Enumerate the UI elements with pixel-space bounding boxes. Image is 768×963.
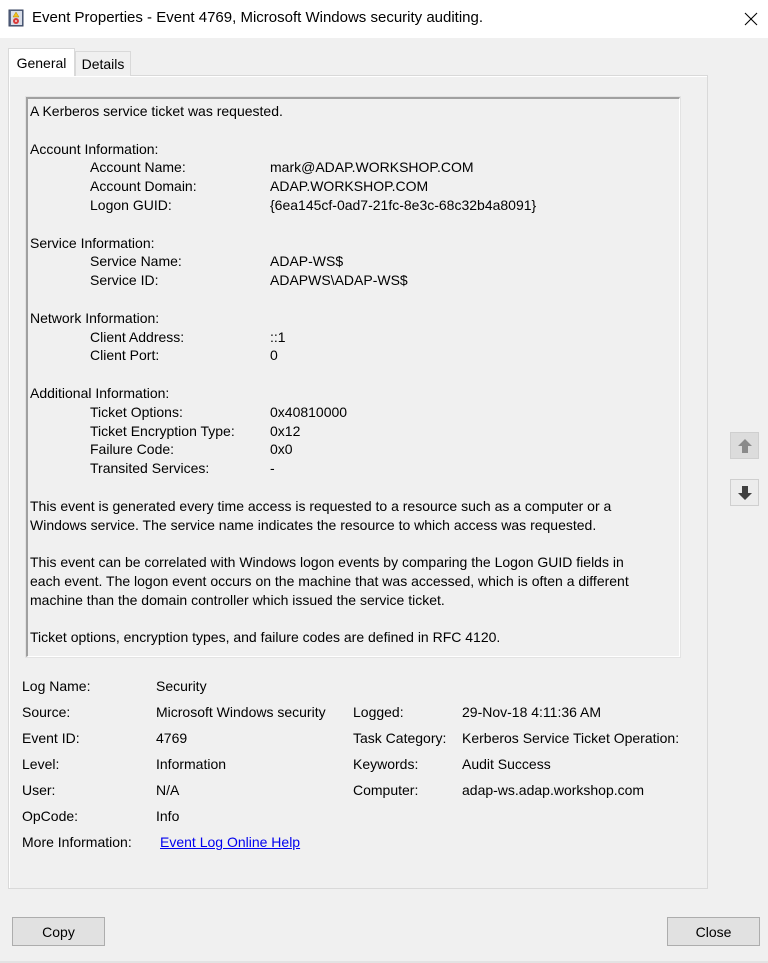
field-row: Logon GUID:{6ea145cf-0ad7-21fc-8e3c-68c3… xyxy=(30,196,677,215)
field-value: ADAPWS\ADAP-WS$ xyxy=(270,271,408,290)
field-key: Client Port: xyxy=(90,346,159,365)
field-row: Account Domain:ADAP.WORKSHOP.COM xyxy=(30,177,677,196)
close-x-icon[interactable] xyxy=(738,6,764,32)
section-heading: Service Information: xyxy=(30,234,677,253)
opcode-label: OpCode: xyxy=(22,807,78,825)
source-label: Source: xyxy=(22,703,70,721)
event-id-value: 4769 xyxy=(156,729,187,747)
field-key: Service ID: xyxy=(90,271,158,290)
tab-general[interactable]: General xyxy=(8,48,75,76)
event-id-label: Event ID: xyxy=(22,729,80,747)
field-row: Client Port:0 xyxy=(30,346,677,365)
field-key: Account Domain: xyxy=(90,177,197,196)
user-label: User: xyxy=(22,781,55,799)
event-description-box[interactable]: A Kerberos service ticket was requested.… xyxy=(26,97,680,657)
field-key: Service Name: xyxy=(90,252,182,271)
paragraph-line: Windows service. The service name indica… xyxy=(30,516,677,535)
level-label: Level: xyxy=(22,755,59,773)
previous-event-button[interactable] xyxy=(730,432,759,459)
paragraph-line: each event. The logon event occurs on th… xyxy=(30,572,677,591)
field-key: Logon GUID: xyxy=(90,196,172,215)
task-category-label: Task Category: xyxy=(353,729,446,747)
computer-label: Computer: xyxy=(353,781,418,799)
field-key: Transited Services: xyxy=(90,459,209,478)
field-row: Ticket Encryption Type:0x12 xyxy=(30,422,677,441)
field-value: 0x0 xyxy=(270,440,293,459)
field-row: Service ID:ADAPWS\ADAP-WS$ xyxy=(30,271,677,290)
opcode-value: Info xyxy=(156,807,179,825)
field-key: Failure Code: xyxy=(90,440,174,459)
source-value: Microsoft Windows security xyxy=(156,703,326,721)
paragraph-line: Ticket options, encryption types, and fa… xyxy=(30,628,677,647)
field-value: 0x40810000 xyxy=(270,403,347,422)
log-name-value: Security xyxy=(156,677,207,695)
field-row: Ticket Options:0x40810000 xyxy=(30,403,677,422)
logged-label: Logged: xyxy=(353,703,404,721)
logged-value: 29-Nov-18 4:11:36 AM xyxy=(462,703,601,721)
tab-details[interactable]: Details xyxy=(75,51,131,76)
arrow-up-icon xyxy=(737,438,753,454)
field-value: 0 xyxy=(270,346,278,365)
description-headline: A Kerberos service ticket was requested. xyxy=(30,102,677,121)
window-title: Event Properties - Event 4769, Microsoft… xyxy=(32,9,483,26)
field-row: Service Name:ADAP-WS$ xyxy=(30,252,677,271)
field-value: - xyxy=(270,459,275,478)
level-value: Information xyxy=(156,755,226,773)
section-heading: Network Information: xyxy=(30,309,677,328)
next-event-button[interactable] xyxy=(730,479,759,506)
log-name-label: Log Name: xyxy=(22,677,90,695)
paragraph-line: This event can be correlated with Window… xyxy=(30,553,677,572)
more-information-label: More Information: xyxy=(22,833,132,851)
task-category-value: Kerberos Service Ticket Operation: xyxy=(462,729,688,747)
field-key: Ticket Encryption Type: xyxy=(90,422,235,441)
section-heading: Account Information: xyxy=(30,140,677,159)
field-row: Client Address:::1 xyxy=(30,328,677,347)
title-bar: Event Properties - Event 4769, Microsoft… xyxy=(0,0,768,38)
field-key: Client Address: xyxy=(90,328,184,347)
field-row: Account Name:mark@ADAP.WORKSHOP.COM xyxy=(30,158,677,177)
arrow-down-icon xyxy=(737,485,753,501)
field-row: Transited Services:- xyxy=(30,459,677,478)
paragraph-line: machine than the domain controller which… xyxy=(30,591,677,610)
paragraph-line: This event is generated every time acces… xyxy=(30,497,677,516)
field-key: Ticket Options: xyxy=(90,403,183,422)
field-value: ADAP-WS$ xyxy=(270,252,343,271)
keywords-label: Keywords: xyxy=(353,755,418,773)
section-heading: Additional Information: xyxy=(30,384,677,403)
field-value: ::1 xyxy=(270,328,286,347)
user-value: N/A xyxy=(156,781,179,799)
field-row: Failure Code:0x0 xyxy=(30,440,677,459)
field-value: mark@ADAP.WORKSHOP.COM xyxy=(270,158,474,177)
event-log-icon xyxy=(8,9,24,27)
close-button[interactable]: Close xyxy=(667,917,760,946)
field-key: Account Name: xyxy=(90,158,186,177)
field-value: ADAP.WORKSHOP.COM xyxy=(270,177,428,196)
event-log-online-help-link[interactable]: Event Log Online Help xyxy=(160,833,300,851)
keywords-value: Audit Success xyxy=(462,755,551,773)
field-value: {6ea145cf-0ad7-21fc-8e3c-68c32b4a8091} xyxy=(270,196,536,215)
field-value: 0x12 xyxy=(270,422,300,441)
copy-button[interactable]: Copy xyxy=(12,917,105,946)
computer-value: adap-ws.adap.workshop.com xyxy=(462,781,644,799)
